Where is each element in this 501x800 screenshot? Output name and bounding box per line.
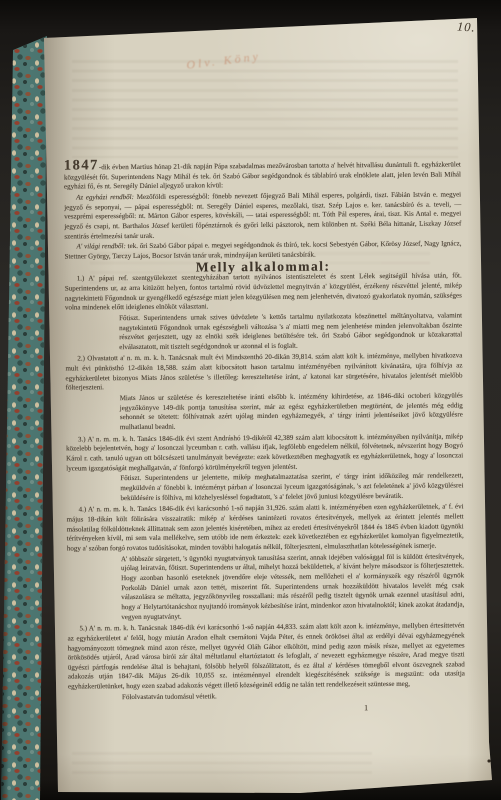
ink-bleedthrough-top [72, 60, 458, 158]
printed-text-block: 1847-dik évben Martius hónap 21-dik napj… [64, 159, 465, 715]
opening-text: -dik évben Martius hónap 21-dik napján P… [64, 160, 461, 190]
scanned-book-photo: 10. Olv. Köny 1847-dik évben Martius hón… [0, 0, 501, 800]
entry-number: 2.) [77, 355, 85, 363]
minute-entry: 1.) A' pápai ref. szentgyülekezet szente… [65, 272, 463, 353]
entry-response: A' többször sürgetett, 's ügynöki nyugta… [121, 552, 465, 622]
clergy-attendees-paragraph: Az egyházi rendből: Mezőföldi esperesség… [64, 190, 461, 241]
section-heading: Melly alkalommal: [65, 260, 462, 273]
page-number: 1 [364, 703, 465, 713]
entry-body: A' n. m. m. k. h. Tanács 1846-dik évi sz… [66, 432, 463, 472]
entry-number: 1.) [77, 275, 85, 283]
entry-number: 4.) [79, 506, 87, 514]
entry-response: Miats János ur születése és kereszteltet… [120, 392, 463, 433]
ink-bleedthrough-bottom [72, 752, 372, 778]
document-page: 10. Olv. Köny 1847-dik évben Martius hón… [0, 0, 501, 800]
entry-number: 3.) [78, 435, 86, 443]
opening-paragraph: 1847-dik évben Martius hónap 21-dik napj… [64, 159, 461, 192]
entry-body: A' pápai ref. szentgyülekezet szentegyhá… [65, 272, 462, 312]
secular-label: A' világi rendből: [76, 242, 125, 250]
year-numeral: 1847 [64, 157, 99, 173]
entry-body: A' n. m. m. k. h. Tanács 1846-dik évi ka… [67, 503, 464, 553]
minute-entry: 4.) A' n. m. m. k. h. Tanács 1846-dik év… [67, 503, 465, 623]
entry-body: Olvastatott a' n. m. m. k. h. Tanácsnak … [65, 352, 462, 392]
minute-entry: 2.) Olvastatott a' n. m. m. k. h. Tanács… [65, 352, 463, 433]
clergy-label: Az egyházi rendből: [76, 193, 134, 201]
handwritten-corner-number: 10. [456, 19, 476, 35]
minute-entry: 5.) A' n. m. m. k. h. Tanácsnak 1846-dik… [67, 622, 465, 703]
entry-number: 5.) [79, 625, 87, 633]
entry-response: Főtiszt. Superintendens urnak szives üdv… [119, 311, 462, 352]
entry-response: Főtiszt. Superintendens ur jelentette, m… [120, 472, 463, 504]
entry-response: Fölolvastatván tudomásul vétetik. [122, 690, 465, 702]
minutes-sections: 1.) A' pápai ref. szentgyülekezet szente… [65, 272, 465, 703]
entry-body: A' n. m. m. k. h. Tanácsnak 1846-dik évi… [68, 622, 465, 691]
minute-entry: 3.) A' n. m. m. k. h. Tanács 1846-dik év… [66, 432, 464, 504]
